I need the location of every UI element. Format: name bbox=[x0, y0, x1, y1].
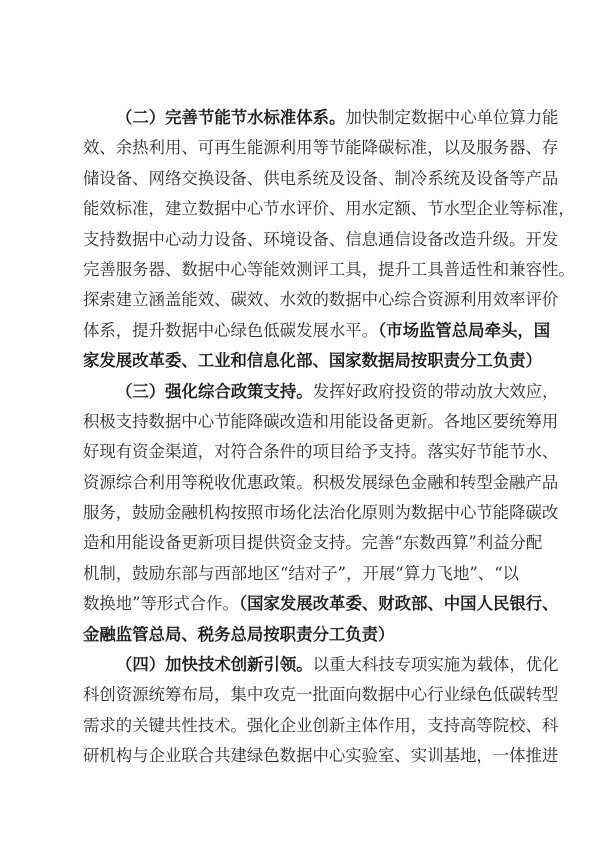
responsibility-note: 家发展改革委、工业和信息化部、国家数据局按职责分工负责） bbox=[83, 351, 542, 370]
text-line: 能效标准，建立数据中心节水评价、用水定额、节水型企业等标准， bbox=[83, 194, 519, 224]
responsibility-note: （国家发展改革委、财政部、中国人民银行、 bbox=[239, 594, 559, 613]
paragraph-tech-innovation: （四）加快技术创新引领。以重大科技专项实施为载体，优化 科创资源统筹布局，集中攻… bbox=[83, 650, 519, 772]
text-line: 金融监管总局、税务总局按职责分工负责） bbox=[83, 620, 519, 650]
text-line: 数换地”等形式合作。（国家发展改革委、财政部、中国人民银行、 bbox=[83, 589, 519, 619]
text-line: 家发展改革委、工业和信息化部、国家数据局按职责分工负责） bbox=[83, 346, 519, 376]
paragraph-standards: （二）完善节能节水标准体系。加快制定数据中心单位算力能 效、余热利用、可再生能源… bbox=[83, 103, 519, 377]
section-heading: （二）完善节能节水标准体系。 bbox=[116, 108, 345, 127]
text-line: 资源综合利用等税收优惠政策。积极发展绿色金融和转型金融产品 bbox=[83, 468, 519, 498]
text-line: （四）加快技术创新引领。以重大科技专项实施为载体，优化 bbox=[83, 650, 519, 680]
text-line: （三）强化综合政策支持。发挥好政府投资的带动放大效应， bbox=[83, 377, 519, 407]
text-line: 效、余热利用、可再生能源利用等节能降碳标准，以及服务器、存 bbox=[83, 133, 519, 163]
text-line: 积极支持数据中心节能降碳改造和用能设备更新。各地区要统筹用 bbox=[83, 407, 519, 437]
text-line: 需求的关键共性技术。强化企业创新主体作用，支持高等院校、科 bbox=[83, 711, 519, 741]
text-line: 探索建立涵盖能效、碳效、水效的数据中心综合资源利用效率评价 bbox=[83, 285, 519, 315]
text-line: 储设备、网络交换设备、供电系统及设备、制冷系统及设备等产品 bbox=[83, 164, 519, 194]
text-line: 研机构与企业联合共建绿色数据中心实验室、实训基地，一体推进 bbox=[83, 741, 519, 771]
document-page: （二）完善节能节水标准体系。加快制定数据中心单位算力能 效、余热利用、可再生能源… bbox=[83, 103, 519, 772]
text-line: 支持数据中心动力设备、环境设备、信息通信设备改造升级。开发 bbox=[83, 225, 519, 255]
responsibility-note: 金融监管总局、税务总局按职责分工负责） bbox=[83, 625, 394, 644]
text-line: 服务，鼓励金融机构按照市场化法治化原则为数据中心节能降碳改 bbox=[83, 498, 519, 528]
text-line: 完善服务器、数据中心等能效测评工具，提升工具普适性和兼容性。 bbox=[83, 255, 519, 285]
section-heading: （四）加快技术创新引领。 bbox=[116, 655, 313, 674]
text-line: 造和用能设备更新项目提供资金支持。完善“东数西算”利益分配 bbox=[83, 528, 519, 558]
text-line: 体系，提升数据中心绿色低碳发展水平。（市场监管总局牵头，国 bbox=[83, 316, 519, 346]
text-line: 科创资源统筹布局，集中攻克一批面向数据中心行业绿色低碳转型 bbox=[83, 680, 519, 710]
text-line: 好现有资金渠道，对符合条件的项目给予支持。落实好节能节水、 bbox=[83, 437, 519, 467]
text-line: 机制，鼓励东部与西部地区“结对子”，开展“算力飞地”、“以 bbox=[83, 559, 519, 589]
paragraph-policy-support: （三）强化综合政策支持。发挥好政府投资的带动放大效应， 积极支持数据中心节能降碳… bbox=[83, 377, 519, 651]
responsibility-note: （市场监管总局牵头，国 bbox=[378, 321, 550, 340]
section-heading: （三）强化综合政策支持。 bbox=[116, 382, 313, 401]
text-line: （二）完善节能节水标准体系。加快制定数据中心单位算力能 bbox=[83, 103, 519, 133]
